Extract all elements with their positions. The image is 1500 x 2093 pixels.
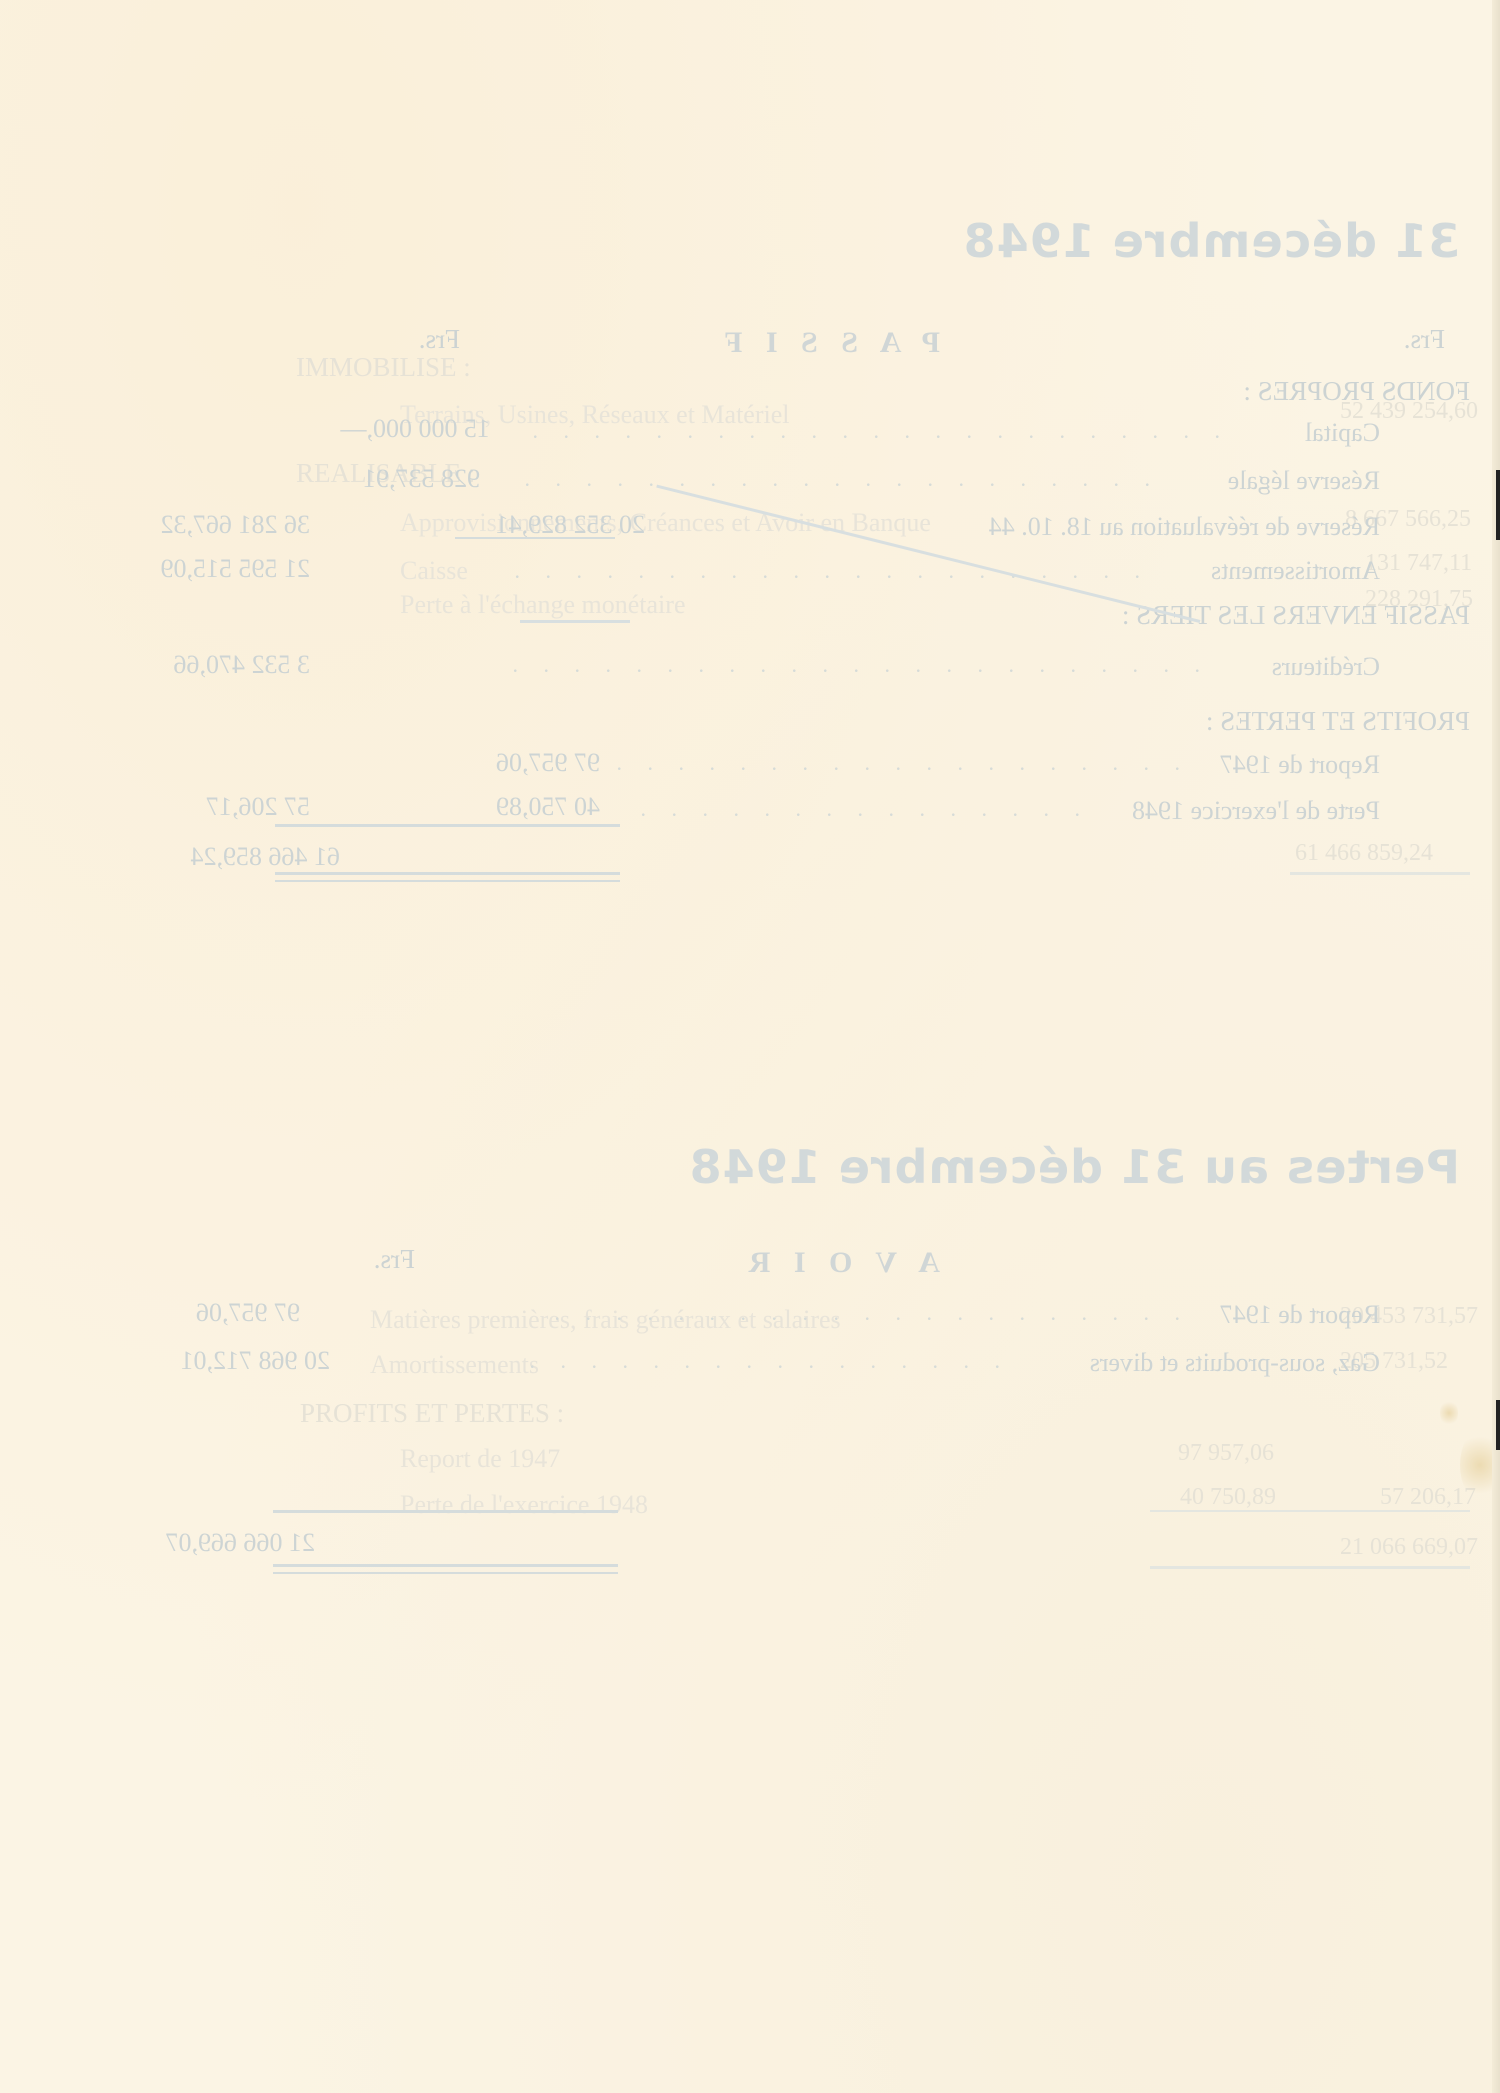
page-edge-mark	[1496, 470, 1500, 540]
fonds-propres-heading: FONDS PROPRES :	[1243, 376, 1470, 407]
dot-leader: . . . . . . . . . . . . . . .	[631, 796, 1081, 822]
pertes-total-rule-1	[273, 1564, 618, 1567]
row-crediteurs-label: Créditeurs	[1272, 652, 1380, 682]
row-perte-exercice-total: 57 206,17	[206, 792, 310, 822]
pertes-row-report-label: Report de 1947	[1220, 1300, 1380, 1330]
row-amortissements-total: 21 595 515,09	[161, 554, 311, 584]
row-reserve-reevaluation-amount: 20 352 829,41	[496, 510, 646, 540]
row-report-1947-label: Report de 1947	[1220, 750, 1380, 780]
bilan-currency-right-mirror: Frs.	[1404, 324, 1445, 355]
subtotal-rule	[455, 537, 615, 539]
row-capital-label: Capital	[1305, 418, 1380, 448]
row-capital-amount: 15 000 000,—	[341, 414, 491, 444]
bilan-title: 31 décembre 1948	[963, 214, 1460, 268]
row-report-1947-amount: 97 957,06	[496, 748, 600, 778]
mirrored-bleed-through: 31 décembre 1948 P A S S I F Frs. Frs. F…	[0, 0, 1500, 2093]
pertes-row-gaz-total: 20 968 712,01	[181, 1346, 331, 1376]
pertes-grand-total: 21 066 669,07	[166, 1528, 316, 1558]
pertes-section-label: A V O I R	[741, 1246, 940, 1280]
diagonal-strike-tail	[520, 620, 630, 623]
profits-pertes-heading: PROFITS ET PERTES :	[1206, 706, 1470, 737]
dot-leader: . . . . . . . . . . . . . . . . . . . . …	[503, 652, 1201, 678]
pertes-row-gaz-label: Gaz, sous-produits et divers	[1090, 1348, 1380, 1378]
pertes-section-rule	[273, 1510, 618, 1513]
row-reserve-reevaluation-total: 36 281 667,32	[161, 510, 311, 540]
paper-stain	[1440, 1400, 1458, 1426]
dot-leader: . . . . . . . . . . . . . . . . . . . . …	[523, 418, 1221, 444]
bilan-section-label: P A S S I F	[716, 326, 940, 360]
pertes-title: Pertes au 31 décembre 1948	[689, 1140, 1460, 1194]
section-rule	[275, 824, 620, 827]
total-rule-2	[275, 880, 620, 882]
dot-leader: . . . . . . . . . . . . . . . . . . . . …	[515, 466, 1151, 492]
pertes-row-report-total: 97 957,06	[196, 1298, 300, 1328]
total-rule-1	[275, 872, 620, 875]
diagonal-strike-line	[656, 485, 1200, 623]
row-perte-exercice-label: Perte de l'exercice 1948	[1132, 796, 1380, 826]
row-crediteurs-total: 3 532 470,66	[174, 650, 311, 680]
dot-leader: . . . . . . . . . . . . . . . .	[520, 1348, 1001, 1374]
row-amortissements-label: Amortissements	[1211, 556, 1380, 586]
row-reserve-legale-label: Réserve légale	[1228, 466, 1380, 496]
page-edge	[1492, 0, 1500, 2093]
row-reserve-reevaluation-label: Réserve de réévaluation au 18. 10. 44	[989, 512, 1380, 542]
row-reserve-legale-amount: 928 537,91	[363, 464, 480, 494]
page-edge-mark	[1496, 1400, 1500, 1450]
pertes-total-rule-2	[273, 1572, 618, 1574]
row-perte-exercice-amount: 40 750,89	[496, 792, 600, 822]
bilan-grand-total: 61 466 859,24	[191, 842, 341, 872]
pertes-currency-left: Frs.	[374, 1244, 415, 1275]
dot-leader: . . . . . . . . . . . . . . . . . . . . …	[505, 558, 1141, 584]
dot-leader: . . . . . . . . . . . . . . . . . . . . …	[545, 1300, 1181, 1326]
bilan-currency-left: Frs.	[419, 324, 460, 355]
dot-leader: . . . . . . . . . . . . . . . . . . .	[607, 750, 1181, 776]
